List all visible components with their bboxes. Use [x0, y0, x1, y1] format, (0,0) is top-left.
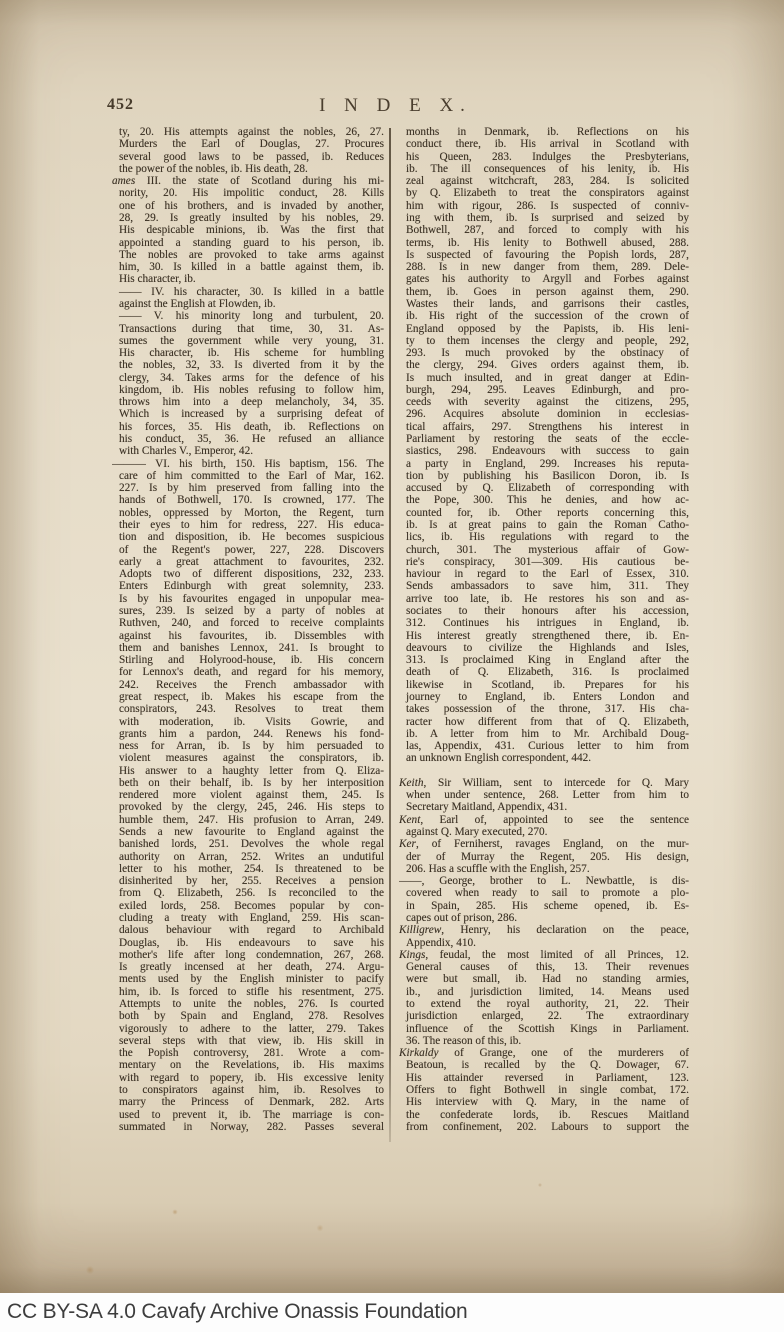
index-line: His answer to a haughty letter from Q. E…	[112, 765, 384, 777]
index-line: His interview with Q. Mary, in the name …	[399, 1096, 689, 1108]
index-line: jurisdiction enlarged, 22. The extraordi…	[399, 1010, 689, 1022]
index-line: Keith, Sir William, sent to intercede fo…	[399, 777, 689, 789]
index-line: kingdom, ib. His nobles refusing to foll…	[112, 384, 384, 396]
index-line: conduct there, ib. His arrival in Scotla…	[399, 138, 689, 150]
index-line: Ker, of Ferniherst, ravages England, on …	[399, 838, 689, 850]
index-line: him, 30. Is killed in a battle against t…	[112, 261, 384, 273]
index-line: 296. Acquires absolute dominion in eccle…	[399, 408, 689, 420]
index-line: lics, ib. His regulations with regard to…	[399, 531, 689, 543]
index-line: His despicable minions, ib. Was the firs…	[112, 224, 384, 236]
index-line: rendered more violent against them, 245.…	[112, 789, 384, 801]
index-line: Parliament by restoring the seats of the…	[399, 433, 689, 445]
index-line: His character, ib.	[112, 273, 384, 285]
index-line: zeal against witchcraft, 283, 284. Is so…	[399, 175, 689, 187]
index-line: in Spain, 285. His scheme opened, ib. Es…	[399, 900, 689, 912]
index-line: ceeds with severity against the citizens…	[399, 396, 689, 408]
index-line: Sends a new favourite to England against…	[112, 826, 384, 838]
index-line: rie's conspiracy, 301—309. His cautious …	[399, 556, 689, 568]
index-line: journey to England, ib. Enters London an…	[399, 691, 689, 703]
index-line: a party in England, 299. Increases his r…	[399, 458, 689, 470]
index-line: influence of the Scottish Kings in Parli…	[399, 1023, 689, 1035]
index-line: las, Appendix, 431. Curious letter to hi…	[399, 740, 689, 752]
index-line: Which is increased by a surprising defea…	[112, 408, 384, 420]
index-line: Kent, Earl of, appointed to see the sent…	[399, 814, 689, 826]
index-line: Wastes their lands, and garrisons their …	[399, 298, 689, 310]
index-line: Kings, feudal, the most limited of all P…	[399, 949, 689, 961]
index-line: Douglas, ib. His endeavours to save his	[112, 937, 384, 949]
index-line: deavours to civilize the Highlands and I…	[399, 642, 689, 654]
index-line: authority on Arran, 252. Writes an undut…	[112, 851, 384, 863]
caption-bar: CC BY-SA 4.0 Cavafy Archive Onassis Foun…	[0, 1293, 784, 1332]
index-line: for Lennox's death, and regard for his m…	[112, 666, 384, 678]
index-line: from Q. Elizabeth, 256. Is reconciled to…	[112, 887, 384, 899]
index-line: early a great attachment to favourites, …	[112, 556, 384, 568]
index-line: Is greatly incensed at her death, 274. A…	[112, 961, 384, 973]
index-line: —— IV. his character, 30. Is killed in a…	[112, 286, 384, 298]
index-line: Ruthven, 240, and forced to receive comp…	[112, 617, 384, 629]
index-line: letter to his mother, 254. Is threatened…	[112, 863, 384, 875]
index-line: vigorously to adhere to the latter, 279.…	[112, 1023, 384, 1035]
index-line: arrive too late, ib. He restores his son…	[399, 593, 689, 605]
index-line: their eyes to him for redress, 227. His …	[112, 519, 384, 531]
index-line: Secretary Maitland, Appendix, 431.	[399, 801, 689, 813]
index-line: his conduct, 35, 36. He refused an allia…	[112, 433, 384, 445]
index-line: several steps with that view, ib. His sk…	[112, 1035, 384, 1047]
index-line: the nobles, 32, 33. Is diverted from it …	[112, 359, 384, 371]
index-line: His character, ib. His scheme for humbli…	[112, 347, 384, 359]
index-line: against the English at Flowden, ib.	[112, 298, 384, 310]
column-divider	[389, 128, 391, 1142]
index-line: tion and disposition, ib. He becomes sus…	[112, 531, 384, 543]
index-line: mentary on the Revelations, ib. His maxi…	[112, 1059, 384, 1071]
index-line: Is by his favourites engaged in unpopula…	[112, 593, 384, 605]
index-line: Is much insulted, and in great danger at…	[399, 372, 689, 384]
index-line: 206. Has a scuffle with the English, 257…	[399, 863, 689, 875]
index-column-left: ty, 20. His attempts against the nobles,…	[112, 126, 384, 1133]
index-line: The nobles are provoked to take arms aga…	[112, 249, 384, 261]
index-line: Kirkaldy of Grange, one of the murderers…	[399, 1047, 689, 1059]
index-line: banished lords, 251. Devolves the whole …	[112, 838, 384, 850]
index-line: 293. Is much provoked by the obstinacy o…	[399, 347, 689, 359]
index-line: beth on their behalf, ib. Is by her inte…	[112, 777, 384, 789]
index-line: humble them, 247. His profusion to Arran…	[112, 814, 384, 826]
index-line: disinherited by her, 255. Receives a pen…	[112, 875, 384, 887]
index-line: throws him into a deep melancholy, 34, 3…	[112, 396, 384, 408]
index-line: 227. Is by him preserved from falling in…	[112, 482, 384, 494]
page-title: I N D E X.	[0, 95, 784, 117]
index-line: sures, 239. Is seized by a party of nobl…	[112, 605, 384, 617]
index-line: to extend the royal authority, 21, 22. T…	[399, 998, 689, 1010]
index-line: burgh, 294, 295. Leaves Edinburgh, and p…	[399, 384, 689, 396]
index-line: marry the Princess of Denmark, 282. Arts	[112, 1096, 384, 1108]
index-line: grants him a pardon, 244. Renews his fon…	[112, 728, 384, 740]
index-line: Sends ambassadors to save him, 311. They	[399, 580, 689, 592]
index-line: with moderation, ib. Visits Gowrie, and	[112, 716, 384, 728]
index-line: to conspirators against him, ib. Resolve…	[112, 1084, 384, 1096]
index-line: ——, George, brother to L. Newbattle, is …	[399, 875, 689, 887]
index-line: His attainder reversed in Parliament, 12…	[399, 1072, 689, 1084]
index-line: the Popish controversy, 281. Wrote a com…	[112, 1047, 384, 1059]
index-line: them, ib. Goes in person against them, 2…	[399, 286, 689, 298]
index-line: 242. Receives the French ambassador with	[112, 679, 384, 691]
index-line: Bothwell, 287, and forced to comply with…	[399, 224, 689, 236]
index-line: 36. The reason of this, ib.	[399, 1035, 689, 1047]
index-line: death of Q. Elizabeth, 316. Is proclaime…	[399, 666, 689, 678]
index-line: Beatoun, is recalled by the Q. Dowager, …	[399, 1059, 689, 1071]
index-line: cluding a treaty with England, 259. His …	[112, 912, 384, 924]
index-line: by Q. Elizabeth to treat the conspirator…	[399, 187, 689, 199]
index-line: great respect, ib. Makes his escape from…	[112, 691, 384, 703]
index-line: with Charles V., Emperor, 42.	[112, 445, 384, 457]
index-line: racter how different from that of Q. Eli…	[399, 716, 689, 728]
index-line: Killigrew, Henry, his declaration on the…	[399, 924, 689, 936]
index-line: takes possession of the throne, 317. His…	[399, 703, 689, 715]
index-line: capes out of prison, 286.	[399, 912, 689, 924]
index-line: sociates to their honours after his acce…	[399, 605, 689, 617]
index-line: the power of the nobles, ib. His death, …	[112, 163, 384, 175]
index-line: —— V. his minority long and turbulent, 2…	[112, 310, 384, 322]
index-line: when under sentence, 268. Letter from hi…	[399, 789, 689, 801]
index-line: counted for, ib. Other reports concernin…	[399, 507, 689, 519]
index-line: his Queen, 283. Indulges the Presbyteria…	[399, 151, 689, 163]
index-line: terms, ib. His lenity to Bothwell abused…	[399, 237, 689, 249]
index-line: were but small, ib. Had no standing armi…	[399, 973, 689, 985]
index-line: siastics, 298. Endeavours with success t…	[399, 445, 689, 457]
index-line: one of his brothers, and is invaded by a…	[112, 200, 384, 212]
index-line: ib., and jurisdiction limited, 14. Means…	[399, 986, 689, 998]
index-line: hands of Bothwell, 170. Is crowned, 177.…	[112, 494, 384, 506]
index-line: clergy, 34. Takes arms for the defence o…	[112, 372, 384, 384]
index-line: the Pope, 300. This he denies, and how a…	[399, 494, 689, 506]
index-line: mother's life after long condemnation, 2…	[112, 949, 384, 961]
license-caption: CC BY-SA 4.0 Cavafy Archive Onassis Foun…	[0, 1293, 784, 1330]
index-line: an unknown English correspondent, 442.	[399, 752, 689, 764]
index-line: sumes the government while very young, 3…	[112, 335, 384, 347]
index-line: ib. The ill consequences of his lenity, …	[399, 163, 689, 175]
index-line: several good laws to be passed, ib. Redu…	[112, 151, 384, 163]
index-column-right: months in Denmark, ib. Reflections on hi…	[399, 126, 689, 1133]
index-line: gates his authority to Argyll and Forbes…	[399, 273, 689, 285]
index-line: ing with them, ib. Is surprised and seiz…	[399, 212, 689, 224]
index-line: from confinement, 202. Labours to suppor…	[399, 1121, 689, 1133]
index-line: the clergy, 294. Gives orders against th…	[399, 359, 689, 371]
index-line: tion by publishing his Basilicon Doron, …	[399, 470, 689, 482]
index-line: 312. Continues his intrigues in England,…	[399, 617, 689, 629]
scanned-page: 452 I N D E X. ty, 20. His attempts agai…	[0, 0, 784, 1293]
index-line: ib. Is at great pains to gain the Roman …	[399, 519, 689, 531]
index-line: used to prevent it, ib. The marriage is …	[112, 1109, 384, 1121]
index-line: ib. A letter from him to Mr. Archibald D…	[399, 728, 689, 740]
index-line: dalous behaviour with regard to Archibal…	[112, 924, 384, 936]
index-line: of the Regent's power, 227, 228. Discove…	[112, 544, 384, 556]
index-line: with regard to popery, ib. His excessive…	[112, 1072, 384, 1084]
index-line: summated in Norway, 282. Passes several	[112, 1121, 384, 1133]
index-line: appointed a standing guard to his person…	[112, 237, 384, 249]
index-line: ty, 20. His attempts against the nobles,…	[112, 126, 384, 138]
index-line: ib. His right of the succession of the c…	[399, 310, 689, 322]
index-line: violent measures against the conspirator…	[112, 752, 384, 764]
index-line: 28, 29. Is greatly insulted by his noble…	[112, 212, 384, 224]
index-line: Enters Edinburgh with great solemnity, 2…	[112, 580, 384, 592]
index-line: against Q. Mary executed, 270.	[399, 826, 689, 838]
index-line: ——— VI. his birth, 150. His baptism, 156…	[112, 458, 384, 470]
index-line: nobles, oppressed by Morton, the Regent,…	[112, 507, 384, 519]
index-line: ness for Arran, ib. Is by him persuaded …	[112, 740, 384, 752]
index-line: Is suspected of favouring the Popish lor…	[399, 249, 689, 261]
index-line: covered when ready to sail to promote a …	[399, 887, 689, 899]
index-line: Appendix, 410.	[399, 937, 689, 949]
index-line: His interest greatly strengthened there,…	[399, 630, 689, 642]
index-line: care of him committed to the Earl of Mar…	[112, 470, 384, 482]
index-line: against his favourites, ib. Dissembles w…	[112, 630, 384, 642]
index-line: provoked by the clergy, 245, 246. His st…	[112, 801, 384, 813]
index-line: der of Murray the Regent, 205. His desig…	[399, 851, 689, 863]
index-line: the confederate lords, ib. Rescues Maitl…	[399, 1109, 689, 1121]
index-line: church, 301. The mysterious affair of Go…	[399, 544, 689, 556]
index-line: tical affairs, 297. Strengthens his inte…	[399, 421, 689, 433]
index-line: haviour in regard to the Earl of Essex, …	[399, 568, 689, 580]
index-line: them and banishes Lennox, 241. Is brough…	[112, 642, 384, 654]
index-line: ty to them incenses the clergy and peopl…	[399, 335, 689, 347]
index-line: Adopts two of different dispositions, 23…	[112, 568, 384, 580]
index-line: Transactions during that time, 30, 31. A…	[112, 323, 384, 335]
index-line: months in Denmark, ib. Reflections on hi…	[399, 126, 689, 138]
index-line: exiled lords, 258. Becomes popular by co…	[112, 900, 384, 912]
index-line: Attempts to unite the nobles, 276. Is co…	[112, 998, 384, 1010]
index-line: accused by Q. Elizabeth of corresponding…	[399, 482, 689, 494]
index-line: Offers to fight Bothwell in single comba…	[399, 1084, 689, 1096]
index-line: 313. Is proclaimed King in England after…	[399, 654, 689, 666]
index-line: nority, 20. His impolitic conduct, 28. K…	[112, 187, 384, 199]
index-line: likewise in Scotland, ib. Prepares for h…	[399, 679, 689, 691]
index-line: him with rigour, 286. Is suspected of co…	[399, 200, 689, 212]
index-line: conspirators, 243. Resolves to treat the…	[112, 703, 384, 715]
index-line: Murders the Earl of Douglas, 27. Procure…	[112, 138, 384, 150]
index-line: him, ib. Is forced to stifle his resentm…	[112, 986, 384, 998]
index-line: his forces, 35. His death, ib. Reflectio…	[112, 421, 384, 433]
index-line: General causes of this, 13. Their revenu…	[399, 961, 689, 973]
index-line: 288. Is in new danger from them, 289. De…	[399, 261, 689, 273]
index-line: ames III. the state of Scotland during h…	[112, 175, 384, 187]
index-line: England opposed by the Papists, ib. His …	[399, 323, 689, 335]
index-line: Stirling and Holyrood-house, ib. His con…	[112, 654, 384, 666]
index-line: ments used by the English minister to pa…	[112, 973, 384, 985]
index-line: both by Spain and England, 278. Resolves	[112, 1010, 384, 1022]
